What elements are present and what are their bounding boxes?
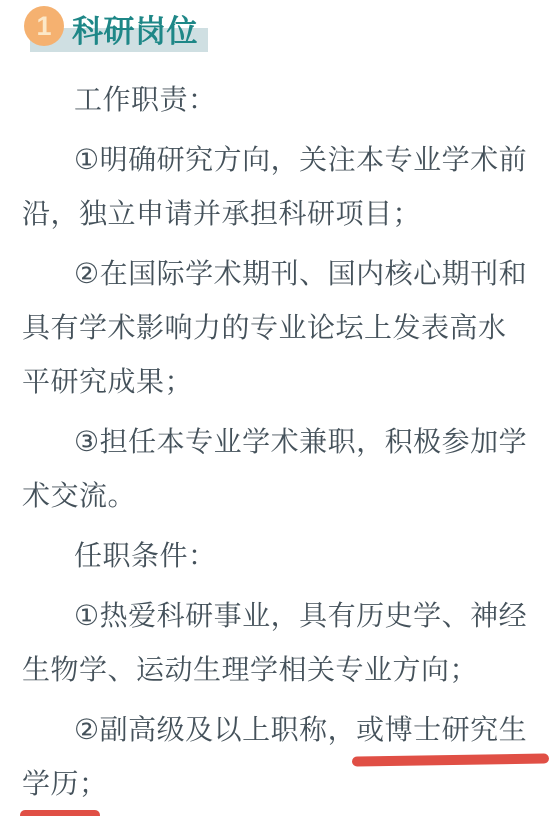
text-line: ①热爱科研事业，具有历史学、神经 xyxy=(22,589,536,643)
text-line: ①明确研究方向，关注本专业学术前 xyxy=(22,133,536,187)
text-line: ③担任本专业学术兼职，积极参加学 xyxy=(22,415,536,469)
text-line: 平研究成果； xyxy=(22,355,536,409)
text-segment: 学历 xyxy=(22,768,79,799)
marker-highlighted-text: 或博士研究生 xyxy=(356,703,527,757)
text-line: 任职条件： xyxy=(22,529,536,583)
duties-heading: 工作职责： xyxy=(22,73,536,127)
requirement-item-2: ②副高级及以上职称，或博士研究生 学历； xyxy=(22,703,536,811)
requirement-item-1: ①热爱科研事业，具有历史学、神经 生物学、运动生理学相关专业方向； xyxy=(22,589,536,697)
duty-item-1: ①明确研究方向，关注本专业学术前 沿，独立申请并承担科研项目； xyxy=(22,133,536,241)
text-line: 工作职责： xyxy=(22,73,536,127)
text-line: 沿，独立申请并承担科研项目； xyxy=(22,187,536,241)
document-body: 工作职责： ①明确研究方向，关注本专业学术前 沿，独立申请并承担科研项目； ②在… xyxy=(22,0,536,816)
text-line: 学历； xyxy=(22,757,536,811)
document-page: 1 科研岗位 工作职责： ①明确研究方向，关注本专业学术前 沿，独立申请并承担科… xyxy=(0,0,550,816)
text-line: ②副高级及以上职称，或博士研究生 xyxy=(22,703,536,757)
marker-highlighted-text: 学历 xyxy=(22,757,79,811)
text-line: ②在国际学术期刊、国内核心期刊和 xyxy=(22,247,536,301)
text-segment: ②副高级及以上职称， xyxy=(74,714,356,745)
text-line: 具有学术影响力的专业论坛上发表高水 xyxy=(22,301,536,355)
text-segment: ； xyxy=(79,768,108,799)
requirements-heading: 任职条件： xyxy=(22,529,536,583)
text-segment: 或博士研究生 xyxy=(356,714,527,745)
duty-item-2: ②在国际学术期刊、国内核心期刊和 具有学术影响力的专业论坛上发表高水 平研究成果… xyxy=(22,247,536,409)
duty-item-3: ③担任本专业学术兼职，积极参加学 术交流。 xyxy=(22,415,536,523)
red-marker-underline xyxy=(20,810,100,816)
text-line: 生物学、运动生理学相关专业方向； xyxy=(22,643,536,697)
text-line: 术交流。 xyxy=(22,469,536,523)
